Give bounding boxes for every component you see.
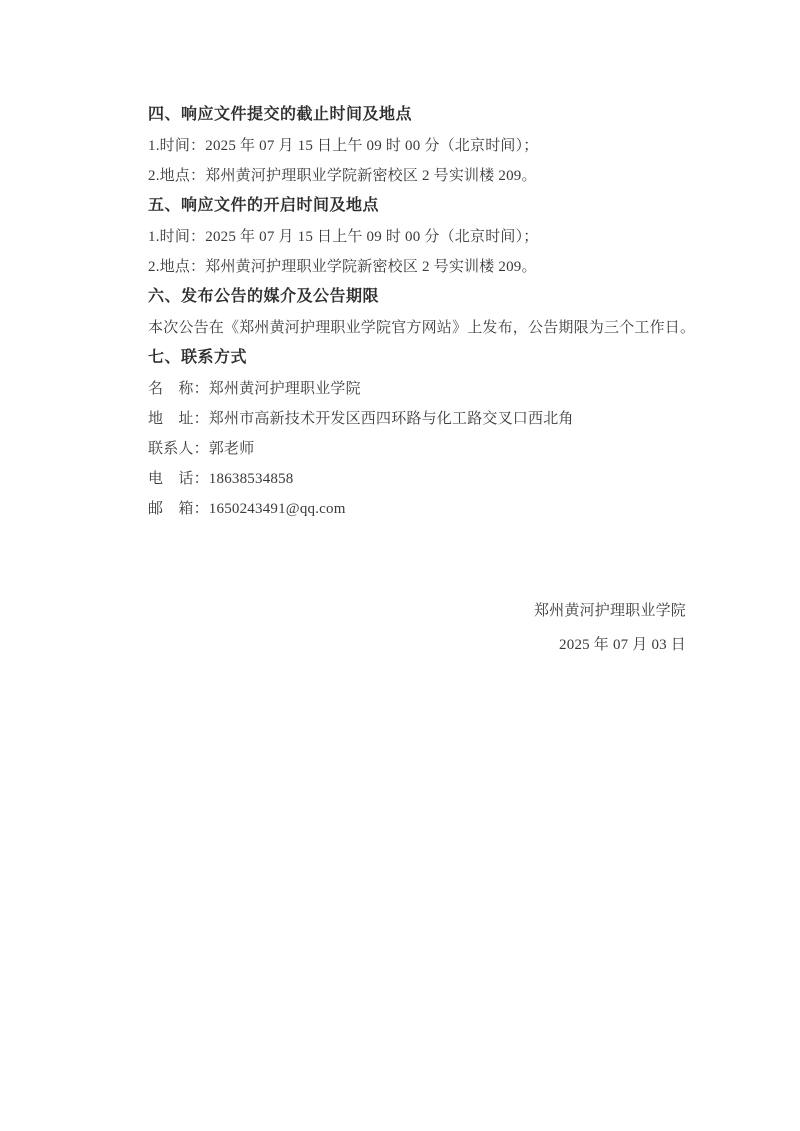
para-contact-email: 邮 箱：1650243491@qq.com xyxy=(148,499,688,519)
para-contact-person: 联系人：郭老师 xyxy=(148,439,688,459)
para-contact-name: 名 称：郑州黄河护理职业学院 xyxy=(148,379,688,399)
signature-date: 2025 年 07 月 03 日 xyxy=(148,635,686,655)
para-announcement-media: 本次公告在《郑州黄河护理职业学院官方网站》上发布，公告期限为三个工作日。 xyxy=(148,318,688,338)
signature-block: 郑州黄河护理职业学院 2025 年 07 月 03 日 xyxy=(148,601,688,655)
heading-contact-info: 七、联系方式 xyxy=(148,348,688,368)
para-submission-location: 2.地点：郑州黄河护理职业学院新密校区 2 号实训楼 209。 xyxy=(148,166,688,186)
para-opening-time: 1.时间：2025 年 07 月 15 日上午 09 时 00 分（北京时间）； xyxy=(148,227,688,247)
signature-organization: 郑州黄河护理职业学院 xyxy=(148,601,686,621)
heading-submission-deadline: 四、响应文件提交的截止时间及地点 xyxy=(148,105,688,125)
heading-announcement-media: 六、发布公告的媒介及公告期限 xyxy=(148,287,688,307)
para-opening-location: 2.地点：郑州黄河护理职业学院新密校区 2 号实训楼 209。 xyxy=(148,257,688,277)
document-content: 四、响应文件提交的截止时间及地点 1.时间：2025 年 07 月 15 日上午… xyxy=(148,101,688,669)
document-page: 四、响应文件提交的截止时间及地点 1.时间：2025 年 07 月 15 日上午… xyxy=(0,0,800,1131)
heading-opening-time: 五、响应文件的开启时间及地点 xyxy=(148,196,688,216)
para-contact-phone: 电 话：18638534858 xyxy=(148,469,688,489)
para-submission-time: 1.时间：2025 年 07 月 15 日上午 09 时 00 分（北京时间）； xyxy=(148,136,688,156)
para-contact-address: 地 址：郑州市高新技术开发区西四环路与化工路交叉口西北角 xyxy=(148,409,688,429)
